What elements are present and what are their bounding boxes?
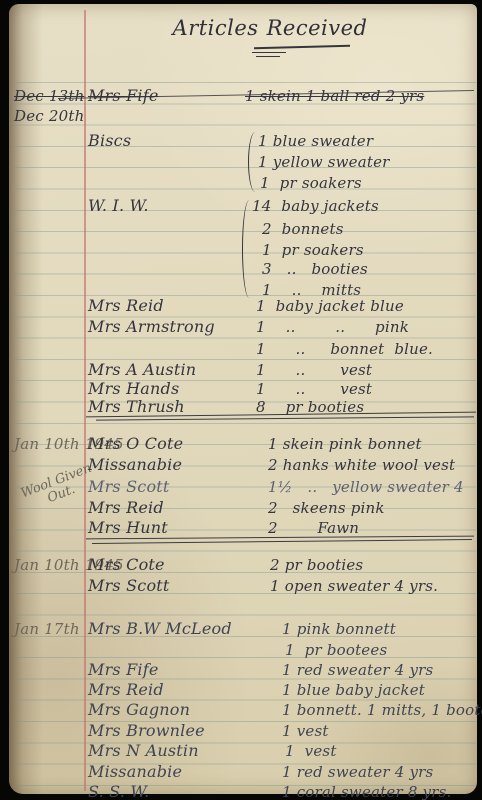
item-cell: 1 baby jacket blue (256, 296, 404, 316)
name-cell: Mrs O Cote (88, 434, 183, 454)
ledger-row: Mrs A Austin1 .. vest (0, 360, 482, 381)
ledger-row: Mrs Reid1 baby jacket blue (0, 296, 482, 317)
item-cell: 2 hanks white wool vest (268, 455, 455, 475)
ledger-row: 1 pr soakers (0, 240, 482, 261)
ledger-row: Mrs Scott1 open sweater 4 yrs. (0, 576, 482, 597)
name-cell: Mrs Reid (88, 498, 164, 518)
ledger-row: Jan 17thMrs B.W McLeod1 pink bonnett (0, 619, 482, 640)
ledger-row: Jan 10th 1945Mrs O Cote1 skein pink bonn… (0, 434, 482, 455)
name-cell: Biscs (88, 131, 131, 151)
item-cell: 1 vest (285, 741, 337, 761)
ledger-row: Mrs Fife1 red sweater 4 yrs (0, 660, 482, 681)
name-cell: Mrs Reid (88, 296, 164, 316)
item-cell: 1 coral sweater 8 yrs. (282, 782, 451, 800)
item-cell: 1 pr soakers (260, 173, 362, 193)
item-cell: 1 red sweater 4 yrs (282, 762, 433, 782)
ledger-row: Mrs Reid1 blue baby jacket (0, 680, 482, 701)
item-cell: 1 pr bootees (285, 640, 387, 660)
item-cell: 1 .. .. pink (256, 317, 409, 337)
item-cell: 14 baby jackets (252, 196, 379, 216)
name-cell: Mrs Armstrong (88, 317, 215, 337)
item-cell: 1 pr soakers (262, 240, 364, 260)
name-cell: Mrs Brownlee (88, 721, 205, 741)
ledger-row: 1 .. bonnet blue. (0, 339, 482, 360)
name-cell: Mrs Hands (88, 379, 179, 399)
item-cell: 1 red sweater 4 yrs (282, 660, 433, 680)
name-cell: Mrs Thrush (88, 397, 185, 417)
ledger-row: Mrs Brownlee1 vest (0, 721, 482, 742)
item-cell: 1 vest (282, 721, 329, 741)
scanned-ledger-page: ArticlesReceived Wool Given Out. Dec 13t… (0, 0, 482, 800)
entries-layer: Dec 13thMrs Fife1 skein 1 ball red 2 yrs… (0, 0, 482, 800)
ledger-row: Dec 20th (0, 106, 482, 127)
name-cell: Missanabie (88, 762, 182, 782)
name-cell: Mrs Reid (88, 680, 164, 700)
name-cell: Mrs Fife (88, 660, 159, 680)
name-cell: Mrs Scott (88, 576, 170, 596)
item-cell: 2 pr booties (270, 555, 363, 575)
ledger-row: 1 pr soakers (0, 173, 482, 194)
ledger-row: S. S. W.1 coral sweater 8 yrs. (0, 782, 482, 800)
ledger-row: Mrs Hunt2 Fawn (0, 518, 482, 539)
ledger-row: Missanabie1 red sweater 4 yrs (0, 762, 482, 783)
name-cell: Mrs Scott (88, 477, 170, 497)
item-cell: 1 bonnett. 1 mitts, 1 bootees (282, 700, 482, 720)
item-cell: 1 blue baby jacket (282, 680, 425, 700)
item-cell: 1 open sweater 4 yrs. (270, 576, 438, 596)
ledger-row: Missanabie2 hanks white wool vest (0, 455, 482, 476)
ledger-row: W. I. W.14 baby jackets (0, 196, 482, 217)
ledger-row: Jan 10th 1945Mrs Cote2 pr booties (0, 555, 482, 576)
item-cell: 1½ .. yellow sweater 4 (268, 477, 464, 497)
item-cell: 2 skeens pink (268, 498, 385, 518)
ledger-row: Mrs Armstrong1 .. .. pink (0, 317, 482, 338)
item-cell: 1 .. vest (256, 379, 372, 399)
item-cell: 1 pink bonnett (282, 619, 396, 639)
item-cell: 8 pr booties (256, 397, 364, 417)
name-cell: Mrs A Austin (88, 360, 196, 380)
ledger-row: Mrs Reid2 skeens pink (0, 498, 482, 519)
ledger-row: Mrs Scott1½ .. yellow sweater 4 (0, 477, 482, 498)
item-cell: 1 skein 1 ball red 2 yrs (245, 86, 424, 106)
ledger-row: 1 yellow sweater (0, 152, 482, 173)
ledger-row: Dec 13thMrs Fife1 skein 1 ball red 2 yrs (0, 86, 482, 107)
name-cell: Mrs Cote (88, 555, 165, 575)
name-cell: Mrs Fife (88, 86, 159, 106)
date-cell: Jan 17th (14, 619, 80, 639)
item-cell: 2 bonnets (262, 219, 344, 239)
name-cell: S. S. W. (88, 782, 149, 800)
name-cell: Missanabie (88, 455, 182, 475)
ledger-row: 1 pr bootees (0, 640, 482, 661)
ledger-row: Biscs1 blue sweater (0, 131, 482, 152)
date-cell: Dec 20th (14, 106, 84, 126)
name-cell: W. I. W. (88, 196, 149, 216)
date-cell: Dec 13th (14, 86, 84, 106)
ledger-row: Mrs Thrush8 pr booties (0, 397, 482, 418)
ledger-row: 2 bonnets (0, 219, 482, 240)
name-cell: Mrs B.W McLeod (88, 619, 232, 639)
name-cell: Mrs Hunt (88, 518, 168, 538)
item-cell: 1 skein pink bonnet (268, 434, 422, 454)
ledger-row: Mrs Gagnon1 bonnett. 1 mitts, 1 bootees (0, 700, 482, 721)
name-cell: Mrs N Austin (88, 741, 199, 761)
item-cell: 1 .. bonnet blue. (256, 339, 433, 359)
item-cell: 3 .. booties (262, 259, 368, 279)
item-cell: 1 blue sweater (258, 131, 373, 151)
item-cell: 1 yellow sweater (258, 152, 390, 172)
ledger-row: 3 .. booties (0, 259, 482, 280)
item-cell: 2 Fawn (268, 518, 359, 538)
name-cell: Mrs Gagnon (88, 700, 190, 720)
item-cell: 1 .. vest (256, 360, 372, 380)
ledger-row: Mrs N Austin1 vest (0, 741, 482, 762)
